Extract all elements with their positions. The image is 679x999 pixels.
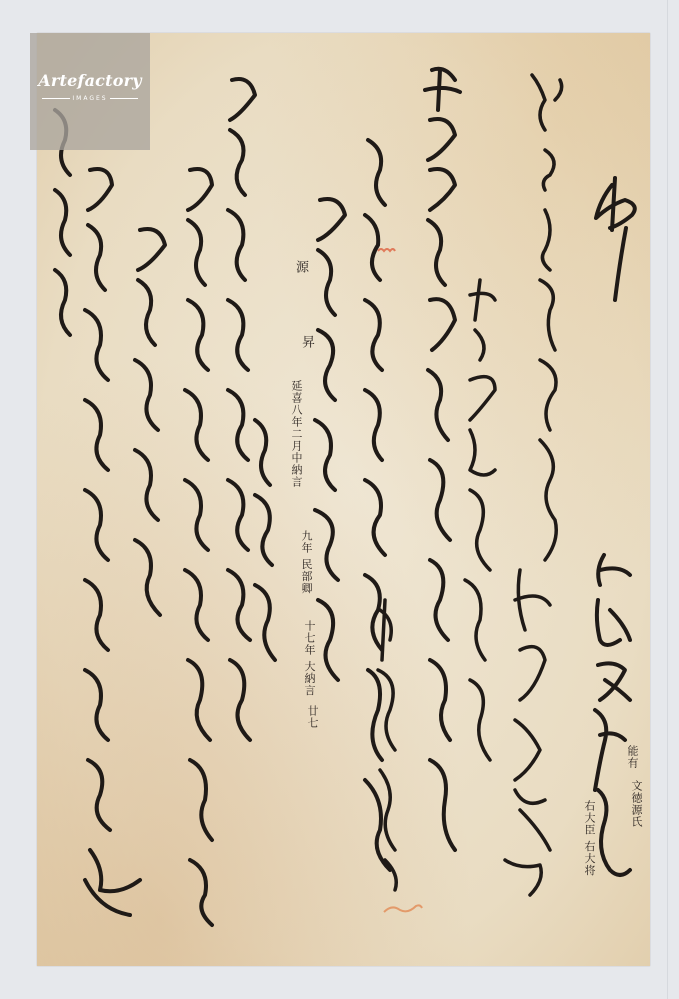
column-7	[378, 600, 396, 890]
column-title-glyph	[596, 178, 635, 300]
annotation-top-right-c: 右大臣 右大将	[583, 800, 595, 877]
column-5	[465, 280, 495, 760]
red-mark-top	[376, 246, 396, 256]
column-11	[228, 79, 255, 740]
column-10	[255, 420, 275, 660]
watermark-title: Artefactory	[30, 71, 150, 90]
annotation-center-e: 十七年 大納言	[303, 620, 315, 697]
column-3	[505, 570, 550, 895]
red-mark-bottom	[382, 902, 424, 916]
column-2	[595, 555, 630, 875]
column-9	[315, 199, 345, 680]
column-6	[425, 69, 460, 850]
column-13	[135, 229, 165, 615]
annotation-top-right-b: 文徳源氏	[630, 780, 642, 828]
annotation-center-c: 延喜八年二月中納言	[290, 380, 302, 488]
column-12	[185, 169, 212, 925]
annotation-center-b: 昇	[300, 335, 312, 349]
annotation-top-right-a: 能有	[626, 745, 638, 769]
annotation-center-d: 九年 民部卿	[300, 530, 312, 595]
watermark-box: Artefactory IMAGES	[30, 33, 150, 150]
column-14	[85, 169, 140, 915]
annotation-center-a: 源	[294, 260, 306, 274]
watermark-rule-right	[110, 98, 138, 99]
annotation-center-f: 廿七	[306, 705, 318, 729]
column-4	[532, 75, 562, 560]
